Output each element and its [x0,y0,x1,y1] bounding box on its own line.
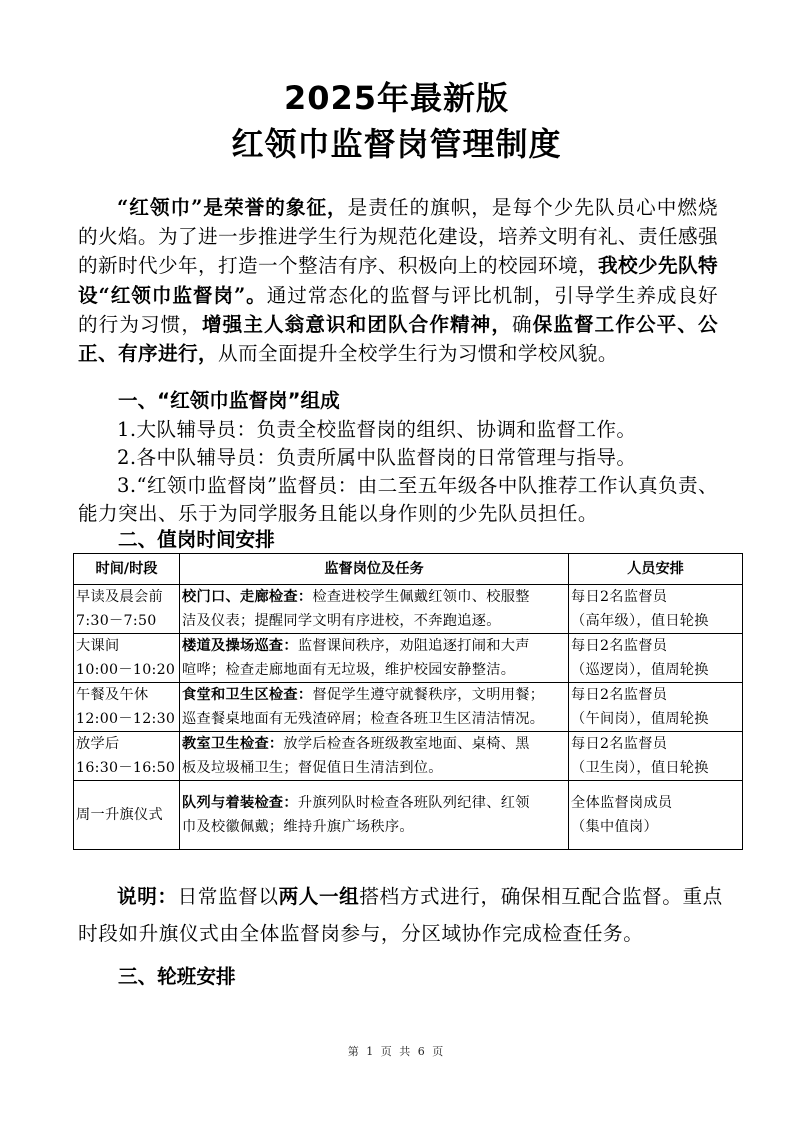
time-range: 10:00－10:20 [76,658,177,682]
time-range: 7:30－7:50 [76,609,177,633]
task-line2: 巡查餐桌地面有无残渣碎屑；检查各班卫生区清洁情况。 [182,707,566,731]
task-line2: 巾及校徽佩戴；维持升旗广场秩序。 [182,815,566,839]
section1-item-1: 1.大队辅导员：负责全校监督岗的组织、协调和监督工作。 [78,416,718,444]
staff-line1: 每日2名监督员 [571,634,740,658]
header-staff: 人员安排 [569,554,743,585]
document-title-line1: 2025年最新版 [0,78,793,118]
item-label: 2.各中队辅导员： [117,446,276,469]
duty-schedule-table: 时间/时段 监督岗位及任务 人员安排 早读及晨会前 7:30－7:50 校门口、… [73,553,743,850]
schedule-note: 说明：日常监督以两人一组搭档方式进行，确保相互配合监督。重点时段如升旗仪式由全体… [78,878,728,952]
document-title-line2: 红领巾监督岗管理制度 [0,124,793,164]
section3-heading: 三、轮班安排 [118,963,236,991]
staff-cell: 每日2名监督员 （巡逻岗），值周轮换 [569,634,743,683]
intro-bold-3: 增强主人翁意识和团队合作精神， [202,313,512,336]
header-time: 时间/时段 [74,554,180,585]
table-row: 早读及晨会前 7:30－7:50 校门口、走廊检查：检查进校学生佩戴红领巾、校服… [74,585,743,634]
task-line1: 升旗列队时检查各班队列纪律、红领 [298,795,530,811]
intro-text-3: 确 [512,313,533,336]
note-bold: 两人一组 [279,885,360,908]
task-title: 楼道及操场巡查： [182,638,298,654]
time-cell: 午餐及午休 12:00－12:30 [74,683,180,732]
time-cell: 大课间 10:00－10:20 [74,634,180,683]
section1-item-3: 3.“红领巾监督岗”监督员：由二至五年级各中队推荐工作认真负责、能力突出、乐于为… [78,472,718,528]
staff-line1: 每日2名监督员 [571,732,740,756]
staff-line2: （集中值岗） [571,815,740,839]
task-title: 校门口、走廊检查： [182,589,312,605]
time-label: 午餐及午休 [76,683,177,707]
page-footer: 第 1 页 共 6 页 [0,1043,793,1059]
staff-line1: 每日2名监督员 [571,683,740,707]
note-text-1: 日常监督以 [178,885,279,908]
staff-cell: 每日2名监督员 （高年级），值日轮换 [569,585,743,634]
task-line1: 督促学生遵守就餐秩序，文明用餐； [312,687,544,703]
task-line2: 洁及仪表；提醒同学文明有序进校，不奔跑追逐。 [182,609,566,633]
task-cell: 校门口、走廊检查：检查进校学生佩戴红领巾、校服整 洁及仪表；提醒同学文明有序进校… [180,585,569,634]
time-range: 16:30－16:50 [76,756,177,780]
time-cell: 早读及晨会前 7:30－7:50 [74,585,180,634]
staff-line1: 每日2名监督员 [571,585,740,609]
intro-paragraph: “红领巾”是荣誉的象征，是责任的旗帜，是每个少先队员心中燃烧的火焰。为了进一步推… [78,193,718,368]
task-cell: 楼道及操场巡查：监督课间秩序，劝阻追逐打闹和大声 喧哗；检查走廊地面有无垃圾，维… [180,634,569,683]
time-range: 12:00－12:30 [76,707,177,731]
time-label: 放学后 [76,732,177,756]
staff-cell: 全体监督岗成员 （集中值岗） [569,781,743,850]
time-cell: 周一升旗仪式 [74,781,180,850]
task-line2: 板及垃圾桶卫生；督促值日生清洁到位。 [182,756,566,780]
task-cell: 食堂和卫生区检查：督促学生遵守就餐秩序，文明用餐； 巡查餐桌地面有无残渣碎屑；检… [180,683,569,732]
section1-item-2: 2.各中队辅导员：负责所属中队监督岗的日常管理与指导。 [78,444,718,472]
section2-heading: 二、值岗时间安排 [118,526,275,554]
staff-line2: （午间岗），值周轮换 [571,707,740,731]
item-label: 1.大队辅导员： [117,418,256,441]
task-cell: 教室卫生检查：放学后检查各班级教室地面、桌椅、黑 板及垃圾桶卫生；督促值日生清洁… [180,732,569,781]
task-cell: 队列与着装检查：升旗列队时检查各班队列纪律、红领 巾及校徽佩戴；维持升旗广场秩序… [180,781,569,850]
task-line1: 监督课间秩序，劝阻追逐打闹和大声 [298,638,530,654]
item-text: 负责所属中队监督岗的日常管理与指导。 [276,446,636,469]
task-line2: 喧哗；检查走廊地面有无垃圾，维护校园安静整洁。 [182,658,566,682]
item-label: 3.“红领巾监督岗”监督员： [117,474,358,497]
task-line1: 放学后检查各班级教室地面、桌椅、黑 [283,736,529,752]
section1-heading: 一、“红领巾监督岗”组成 [118,387,340,415]
time-label: 大课间 [76,634,177,658]
intro-bold-1: “红领巾”是荣誉的象征， [117,196,348,219]
task-title: 教室卫生检查： [182,736,283,752]
staff-line2: （巡逻岗），值周轮换 [571,658,740,682]
time-cell: 放学后 16:30－16:50 [74,732,180,781]
table-row: 午餐及午休 12:00－12:30 食堂和卫生区检查：督促学生遵守就餐秩序，文明… [74,683,743,732]
time-label: 周一升旗仪式 [76,803,177,827]
task-title: 食堂和卫生区检查： [182,687,312,703]
item-text: 负责全校监督岗的组织、协调和监督工作。 [256,418,636,441]
time-label: 早读及晨会前 [76,585,177,609]
header-task: 监督岗位及任务 [180,554,569,585]
note-label: 说明： [117,885,178,908]
table-row: 放学后 16:30－16:50 教室卫生检查：放学后检查各班级教室地面、桌椅、黑… [74,732,743,781]
table-header-row: 时间/时段 监督岗位及任务 人员安排 [74,554,743,585]
table-row: 周一升旗仪式 队列与着装检查：升旗列队时检查各班队列纪律、红领 巾及校徽佩戴；维… [74,781,743,850]
staff-line1: 全体监督岗成员 [571,791,740,815]
task-line1: 检查进校学生佩戴红领巾、校服整 [312,589,529,605]
staff-line2: （高年级），值日轮换 [571,609,740,633]
staff-cell: 每日2名监督员 （卫生岗），值日轮换 [569,732,743,781]
task-title: 队列与着装检查： [182,795,298,811]
table-row: 大课间 10:00－10:20 楼道及操场巡查：监督课间秩序，劝阻追逐打闹和大声… [74,634,743,683]
staff-cell: 每日2名监督员 （午间岗），值周轮换 [569,683,743,732]
staff-line2: （卫生岗），值日轮换 [571,756,740,780]
intro-text-4: 从而全面提升全校学生行为习惯和学校风貌。 [218,342,618,365]
